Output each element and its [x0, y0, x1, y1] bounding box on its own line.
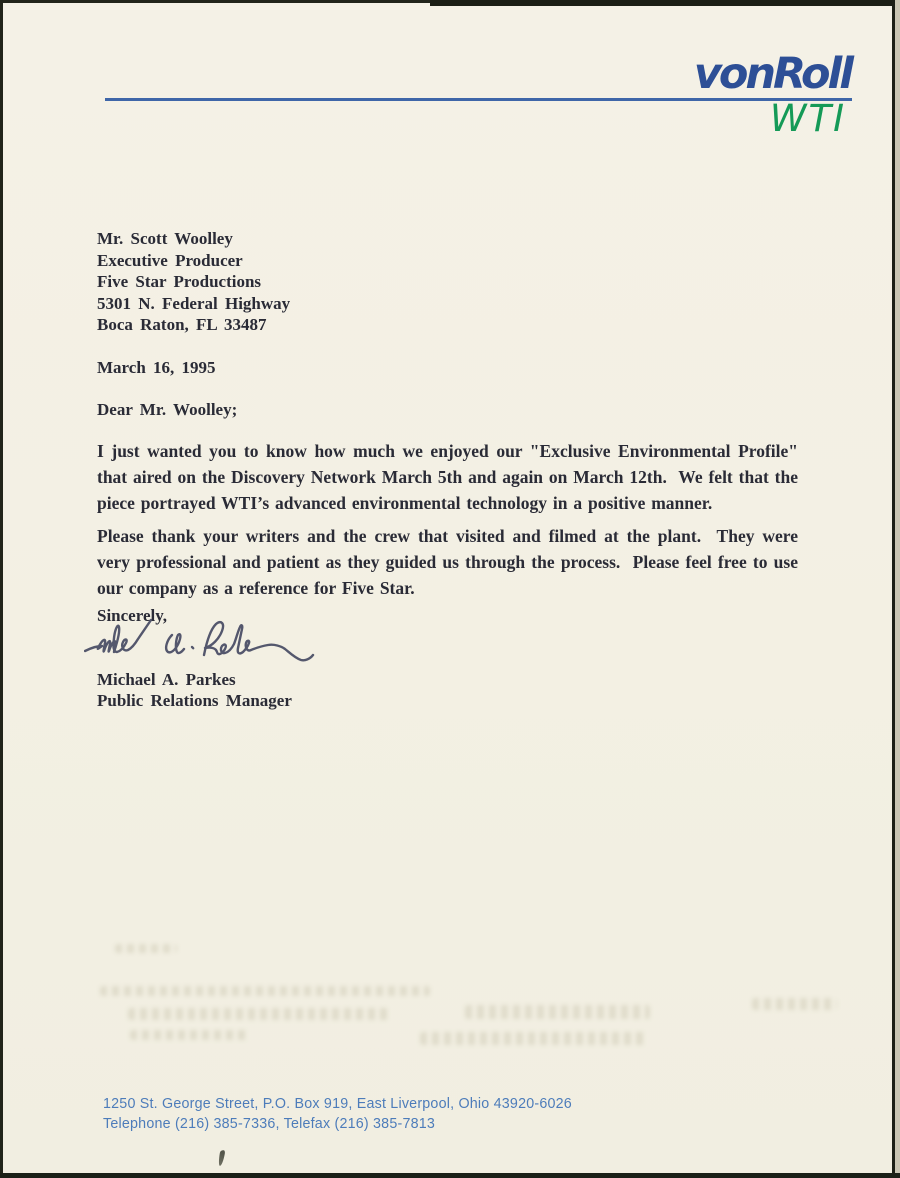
ghost-bleedthrough-mark [115, 944, 177, 953]
wti-logo: WTI [770, 100, 846, 138]
vonroll-logo: vonRoll [694, 52, 851, 96]
ghost-bleedthrough-mark [130, 1030, 250, 1040]
body-paragraph-1: I just wanted you to know how much we en… [97, 438, 798, 516]
ghost-bleedthrough-mark [420, 1032, 645, 1045]
scan-edge-bottom [0, 1173, 900, 1178]
ghost-bleedthrough-mark [752, 998, 837, 1010]
footer-phone: Telephone (216) 385-7336, Telefax (216) … [103, 1114, 572, 1134]
recipient-city: Boca Raton, FL 33487 [97, 314, 290, 336]
ghost-bleedthrough-mark [465, 1005, 650, 1019]
recipient-address-block: Mr. Scott Woolley Executive Producer Fiv… [97, 228, 290, 336]
scan-edge-right-outer [895, 0, 900, 1178]
footer-contact-block: 1250 St. George Street, P.O. Box 919, Ea… [103, 1094, 572, 1134]
ink-speck [218, 1150, 226, 1167]
recipient-title: Executive Producer [97, 250, 290, 272]
recipient-company: Five Star Productions [97, 271, 290, 293]
ghost-bleedthrough-mark [128, 1008, 388, 1020]
body-paragraph-2: Please thank your writers and the crew t… [97, 523, 798, 601]
footer-address: 1250 St. George Street, P.O. Box 919, Ea… [103, 1094, 572, 1114]
signer-title: Public Relations Manager [97, 691, 292, 711]
date-line: March 16, 1995 [97, 358, 216, 378]
recipient-name: Mr. Scott Woolley [97, 228, 290, 250]
salutation: Dear Mr. Woolley; [97, 400, 237, 420]
scan-edge-top-right [430, 0, 900, 6]
scan-edge-left [0, 0, 3, 1178]
handwritten-signature [84, 617, 319, 675]
recipient-street: 5301 N. Federal Highway [97, 293, 290, 315]
scanned-letter-page: vonRoll WTI Mr. Scott Woolley Executive … [0, 0, 900, 1178]
ghost-bleedthrough-mark [100, 986, 430, 996]
